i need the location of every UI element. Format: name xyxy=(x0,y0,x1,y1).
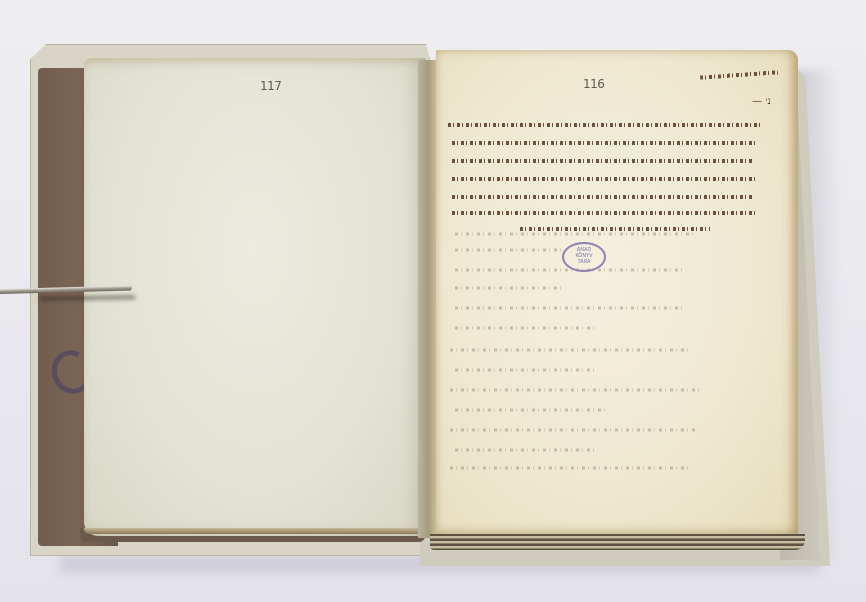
left-page-edge xyxy=(84,528,426,534)
script-line xyxy=(452,174,758,184)
folio-number-right: 116 xyxy=(583,77,604,91)
faint-text-line xyxy=(455,324,595,332)
faint-text-line xyxy=(455,446,595,454)
left-page xyxy=(84,58,426,536)
faint-text-line xyxy=(455,230,695,238)
faint-text-line xyxy=(450,426,695,434)
faint-text-line xyxy=(455,304,685,312)
faint-text-line xyxy=(455,406,605,414)
script-line xyxy=(452,208,756,218)
page-stack xyxy=(430,534,805,550)
folio-number-left: 117 xyxy=(260,79,281,93)
script-line xyxy=(448,120,760,130)
script-line xyxy=(452,138,756,148)
faint-text-line xyxy=(455,366,595,374)
faint-text-line xyxy=(455,246,565,254)
script-line xyxy=(452,156,752,166)
faint-text-line xyxy=(450,386,700,394)
stamp-line: TÁRA xyxy=(564,259,604,265)
faint-text-line xyxy=(455,284,565,292)
faint-text-line xyxy=(450,464,690,472)
library-stamp: ANAD KÖNYV TÁRA xyxy=(562,242,606,272)
margin-note: — נ׳ xyxy=(752,96,771,107)
faint-text-line xyxy=(450,346,690,354)
script-line xyxy=(452,192,752,202)
